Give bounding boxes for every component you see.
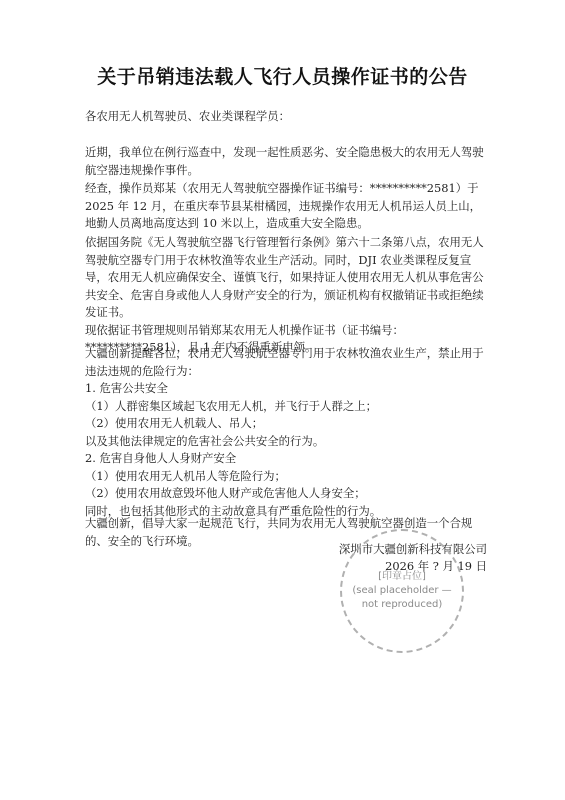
list-item: （2）使用农用无人机载人、吊人； xyxy=(85,415,490,433)
paragraph-findings: 经查，操作员郑某（农用无人驾驶航空器操作证书编号：**********2581）… xyxy=(85,180,490,233)
list-item: （1）使用农用无人机吊人等危险行为； xyxy=(85,468,490,486)
salutation: 各农用无人机驾驶员、农业类课程学员： xyxy=(85,108,490,126)
document-page: 关于吊销违法载人飞行人员操作证书的公告 各农用无人机驾驶员、农业类课程学员： 近… xyxy=(0,0,565,800)
paragraph-line: 大疆创新提醒各位，农用无人驾驶航空器专门用于农林牧渔农业生产，禁止用于违法违规的… xyxy=(85,345,490,380)
paragraph-discovery: 近期，我单位在例行巡查中，发现一起性质恶劣、安全隐患极大的农用无人驾驶航空器违规… xyxy=(85,144,490,179)
paragraph-line: 近期，我单位在例行巡查中，发现一起性质恶劣、安全隐患极大的农用无人驾驶航空器违规… xyxy=(85,144,490,179)
list-item: （1）人群密集区域起飞农用无人机，并飞行于人群之上； xyxy=(85,398,490,416)
list-heading-personal-safety: 2. 危害自身他人人身财产安全 xyxy=(85,450,490,468)
list-item-summary: 以及其他法律规定的危害社会公共安全的行为。 xyxy=(85,433,490,451)
list-heading-public-safety: 1. 危害公共安全 xyxy=(85,380,490,398)
list-item: （2）使用农用故意毁坏他人财产或危害他人人身安全； xyxy=(85,485,490,503)
paragraph-prohibited-acts: 大疆创新提醒各位，农用无人驾驶航空器专门用于农林牧渔农业生产，禁止用于违法违规的… xyxy=(85,345,490,520)
document-title: 关于吊销违法载人飞行人员操作证书的公告 xyxy=(0,62,565,89)
paragraph-line: 依据国务院《无人驾驶航空器飞行管理暂行条例》第六十二条第八点，农用无人驾驶航空器… xyxy=(85,234,490,322)
seal-placeholder: [印章占位] (seal placeholder — not reproduce… xyxy=(340,529,464,653)
paragraph-legal-basis: 依据国务院《无人驾驶航空器飞行管理暂行条例》第六十二条第八点，农用无人驾驶航空器… xyxy=(85,234,490,357)
seal-placeholder-label: [印章占位] (seal placeholder — not reproduce… xyxy=(352,570,451,612)
paragraph-line: 经查，操作员郑某（农用无人驾驶航空器操作证书编号：**********2581）… xyxy=(85,180,490,233)
